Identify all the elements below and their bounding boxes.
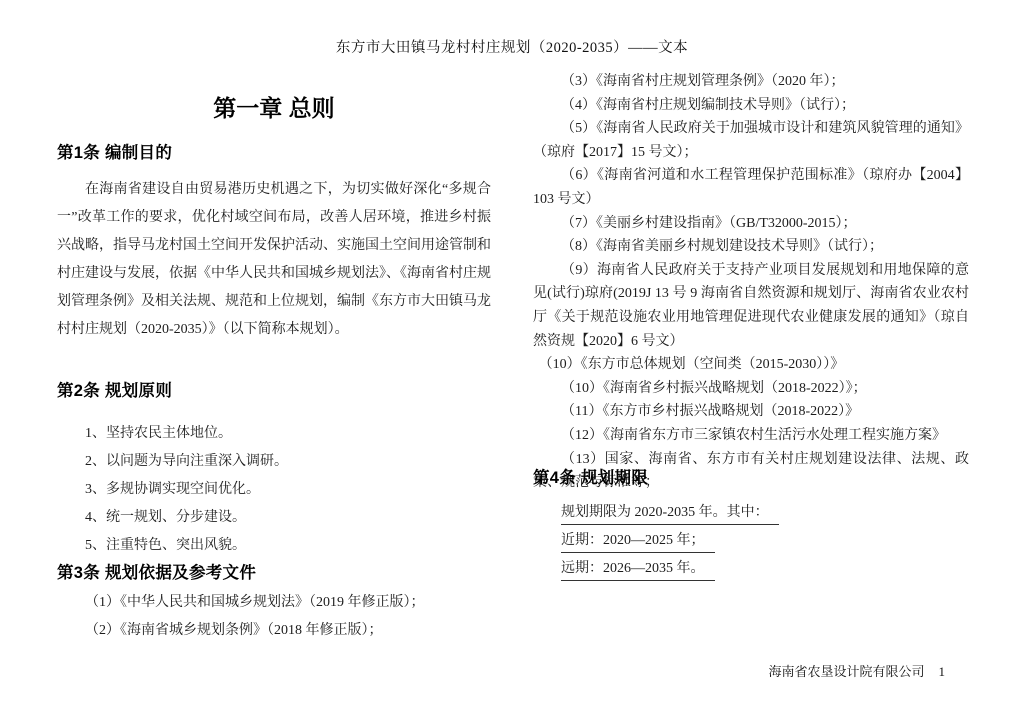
section-1-paragraph: 在海南省建设自由贸易港历史机遇之下，为切实做好深化“多规合一”改革工作的要求，优… [57, 176, 491, 344]
reference-item: （4）《海南省村庄规划编制技术导则》（试行）； [533, 94, 969, 118]
reference-item: （3）《海南省村庄规划管理条例》（2020 年）； [533, 70, 969, 94]
term-line: 规划期限为 2020-2035 年。其中： [561, 502, 969, 530]
section-3-heading: 第3条 规划依据及参考文件 [57, 559, 491, 583]
section-1-heading: 第1条 编制目的 [57, 139, 491, 163]
list-item: 5、注重特色、突出风貌。 [57, 532, 491, 560]
list-item: 4、统一规划、分步建设。 [57, 504, 491, 532]
section-3-references-left: （1）《中华人民共和国城乡规划法》（2019 年修正版）； （2）《海南省城乡规… [57, 589, 491, 645]
term-line-text: 规划期限为 2020-2035 年。其中： [561, 502, 779, 525]
reference-item: （10）《海南省乡村振兴战略规划（2018-2022）》； [533, 377, 969, 401]
section-2-principles-list: 1、坚持农民主体地位。 2、以问题为导向注重深入调研。 3、多规协调实现空间优化… [57, 420, 491, 560]
list-item: 1、坚持农民主体地位。 [57, 420, 491, 448]
reference-item: （2）《海南省城乡规划条例》（2018 年修正版）； [57, 617, 491, 645]
reference-item: （1）《中华人民共和国城乡规划法》（2019 年修正版）； [57, 589, 491, 617]
term-line: 近期：2020—2025 年； [561, 530, 969, 558]
list-item: 3、多规协调实现空间优化。 [57, 476, 491, 504]
chapter-title: 第一章 总则 [57, 90, 491, 123]
term-line: 远期：2026—2035 年。 [561, 558, 969, 586]
footer-company: 海南省农垦设计院有限公司 [768, 664, 924, 679]
list-item: 2、以问题为导向注重深入调研。 [57, 448, 491, 476]
document-page: 东方市大田镇马龙村村庄规划（2020-2035）——文本 第一章 总则 第1条 … [0, 0, 1024, 724]
section-3-references-right: （3）《海南省村庄规划管理条例》（2020 年）； （4）《海南省村庄规划编制技… [533, 70, 969, 495]
section-2-heading: 第2条 规划原则 [57, 377, 491, 401]
reference-item: （9）海南省人民政府关于支持产业项目发展规划和用地保障的意见(试行)琼府(201… [533, 259, 969, 353]
footer-page-number: 1 [939, 664, 946, 679]
page-footer: 海南省农垦设计院有限公司1 [768, 661, 945, 680]
reference-item: （11）《东方市乡村振兴战略规划（2018-2022）》 [533, 400, 969, 424]
reference-item: （6）《海南省河道和水工程管理保护范围标准》（琼府办【2004】103 号文） [533, 164, 969, 211]
reference-item: （12）《海南省东方市三家镇农村生活污水处理工程实施方案》 [533, 424, 969, 448]
term-line-text: 近期：2020—2025 年； [561, 530, 715, 553]
term-line-text: 远期：2026—2035 年。 [561, 558, 715, 581]
reference-item: （7）《美丽乡村建设指南》（GB/T32000-2015）； [533, 212, 969, 236]
reference-item: （8）《海南省美丽乡村规划建设技术导则》（试行）； [533, 235, 969, 259]
paragraph-text: 在海南省建设自由贸易港历史机遇之下，为切实做好深化“多规合一”改革工作的要求，优… [57, 176, 491, 344]
section-4-heading: 第4条 规划期限 [533, 464, 969, 488]
section-4-term-lines: 规划期限为 2020-2035 年。其中： 近期：2020—2025 年； 远期… [533, 502, 969, 586]
reference-item: （5）《海南省人民政府关于加强城市设计和建筑风貌管理的通知》（琼府【2017】1… [533, 117, 969, 164]
reference-item: （10）《东方市总体规划（空间类（2015-2030））》 [533, 353, 969, 377]
page-header-title: 东方市大田镇马龙村村庄规划（2020-2035）——文本 [0, 36, 1024, 57]
